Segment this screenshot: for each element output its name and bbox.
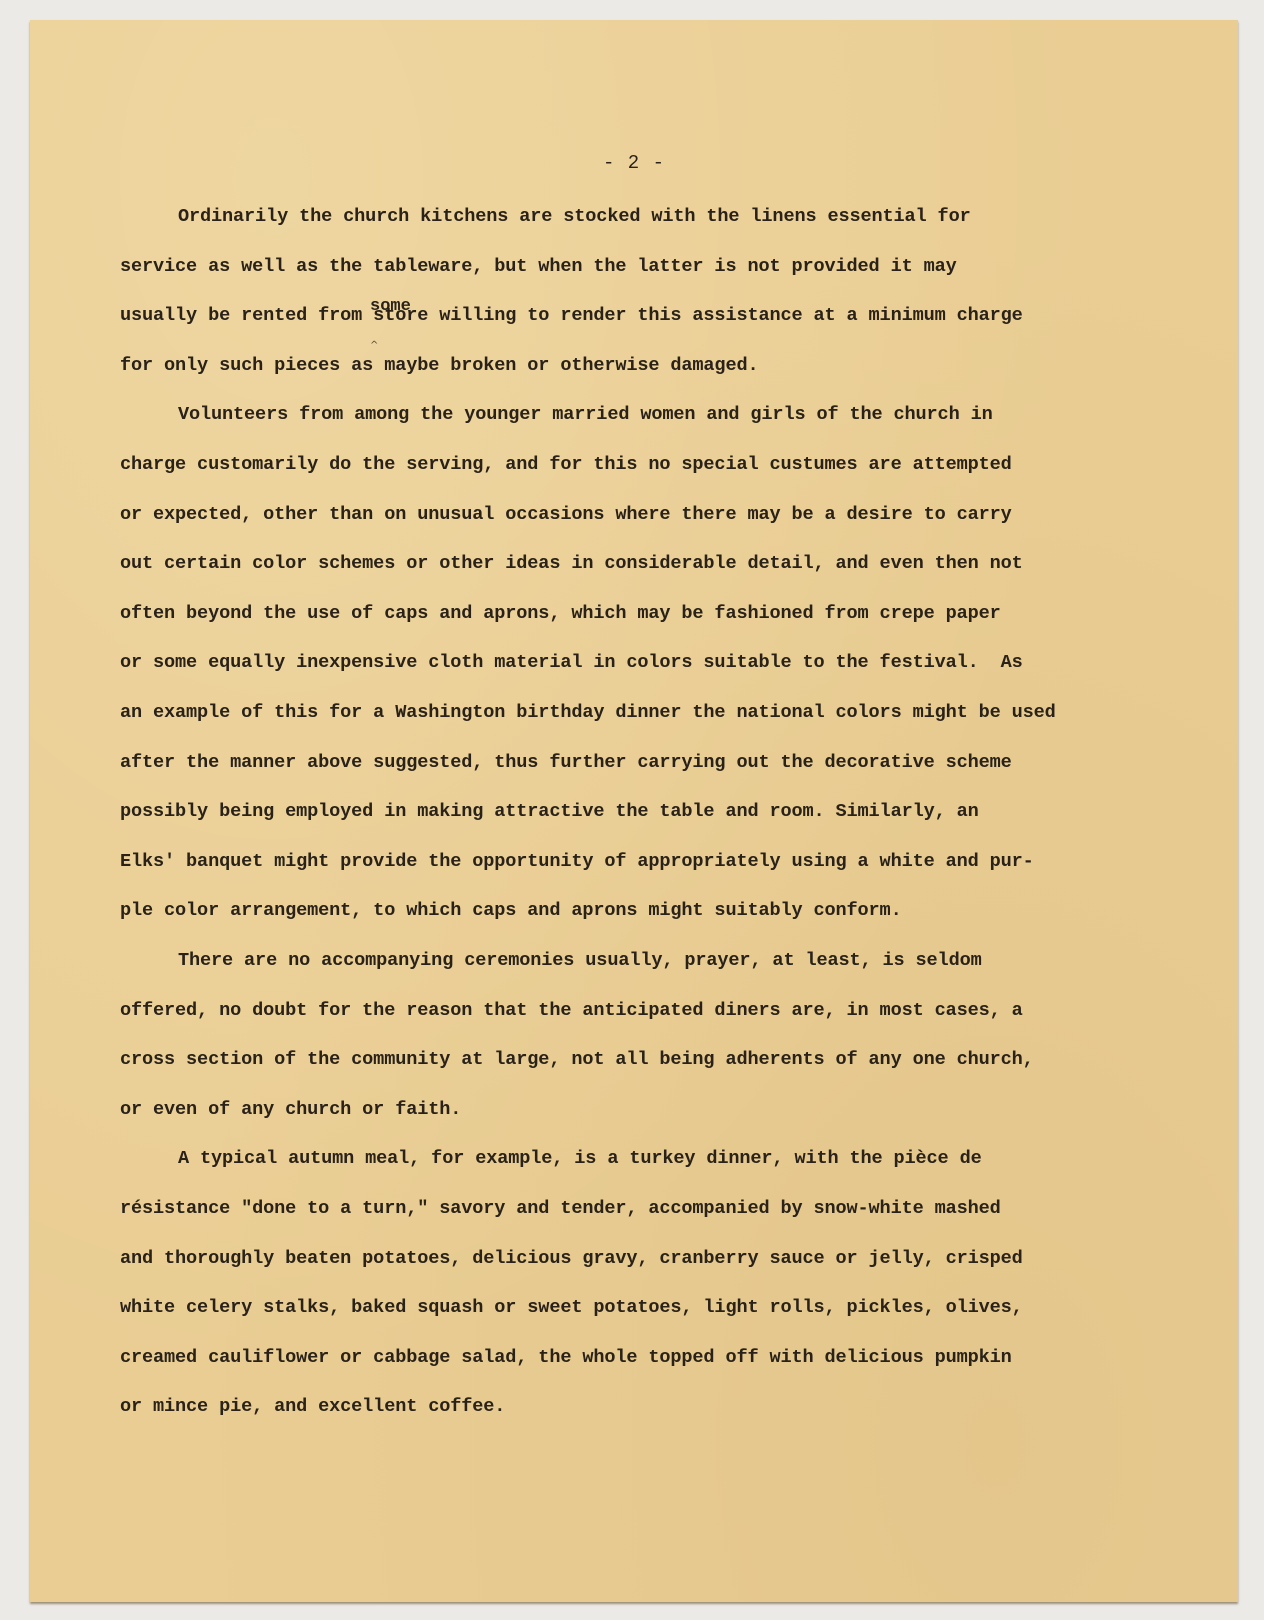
text-line: or mince pie, and excellent coffee. [120, 1396, 505, 1417]
text-line: Ordinarily the church kitchens are stock… [178, 206, 971, 227]
document-page: - 2 - some ^ Ordinarily the church kitch… [30, 20, 1238, 1602]
text-line: an example of this for a Washington birt… [120, 702, 1056, 723]
text-line: or some equally inexpensive cloth materi… [120, 652, 1023, 673]
text-line: for only such pieces as maybe broken or … [120, 355, 758, 376]
text-line: résistance "done to a turn," savory and … [120, 1198, 1001, 1219]
text-line: A typical autumn meal, for example, is a… [178, 1148, 982, 1169]
text-line: offered, no doubt for the reason that th… [120, 1000, 1023, 1021]
text-line: cross section of the community at large,… [120, 1049, 1034, 1070]
text-line: possibly being employed in making attrac… [120, 801, 979, 822]
text-line: usually be rented from store willing to … [120, 305, 1023, 326]
text-line: white celery stalks, baked squash or swe… [120, 1297, 1023, 1318]
text-line: There are no accompanying ceremonies usu… [178, 950, 982, 971]
text-line: out certain color schemes or other ideas… [120, 553, 1023, 574]
text-line: service as well as the tableware, but wh… [120, 256, 957, 277]
text-line: or expected, other than on unusual occas… [120, 504, 1012, 525]
page-number: - 2 - [30, 152, 1238, 174]
text-line: Volunteers from among the younger marrie… [178, 404, 993, 425]
insertion-caret-mark: ^ [370, 340, 378, 351]
text-line: often beyond the use of caps and aprons,… [120, 603, 1001, 624]
text-line: after the manner above suggested, thus f… [120, 752, 1012, 773]
text-line: charge customarily do the serving, and f… [120, 454, 1012, 475]
text-line: Elks' banquet might provide the opportun… [120, 851, 1034, 872]
text-line: creamed cauliflower or cabbage salad, th… [120, 1347, 1012, 1368]
text-line: ple color arrangement, to which caps and… [120, 900, 902, 921]
text-line: and thoroughly beaten potatoes, deliciou… [120, 1248, 1023, 1269]
text-line: or even of any church or faith. [120, 1099, 461, 1120]
